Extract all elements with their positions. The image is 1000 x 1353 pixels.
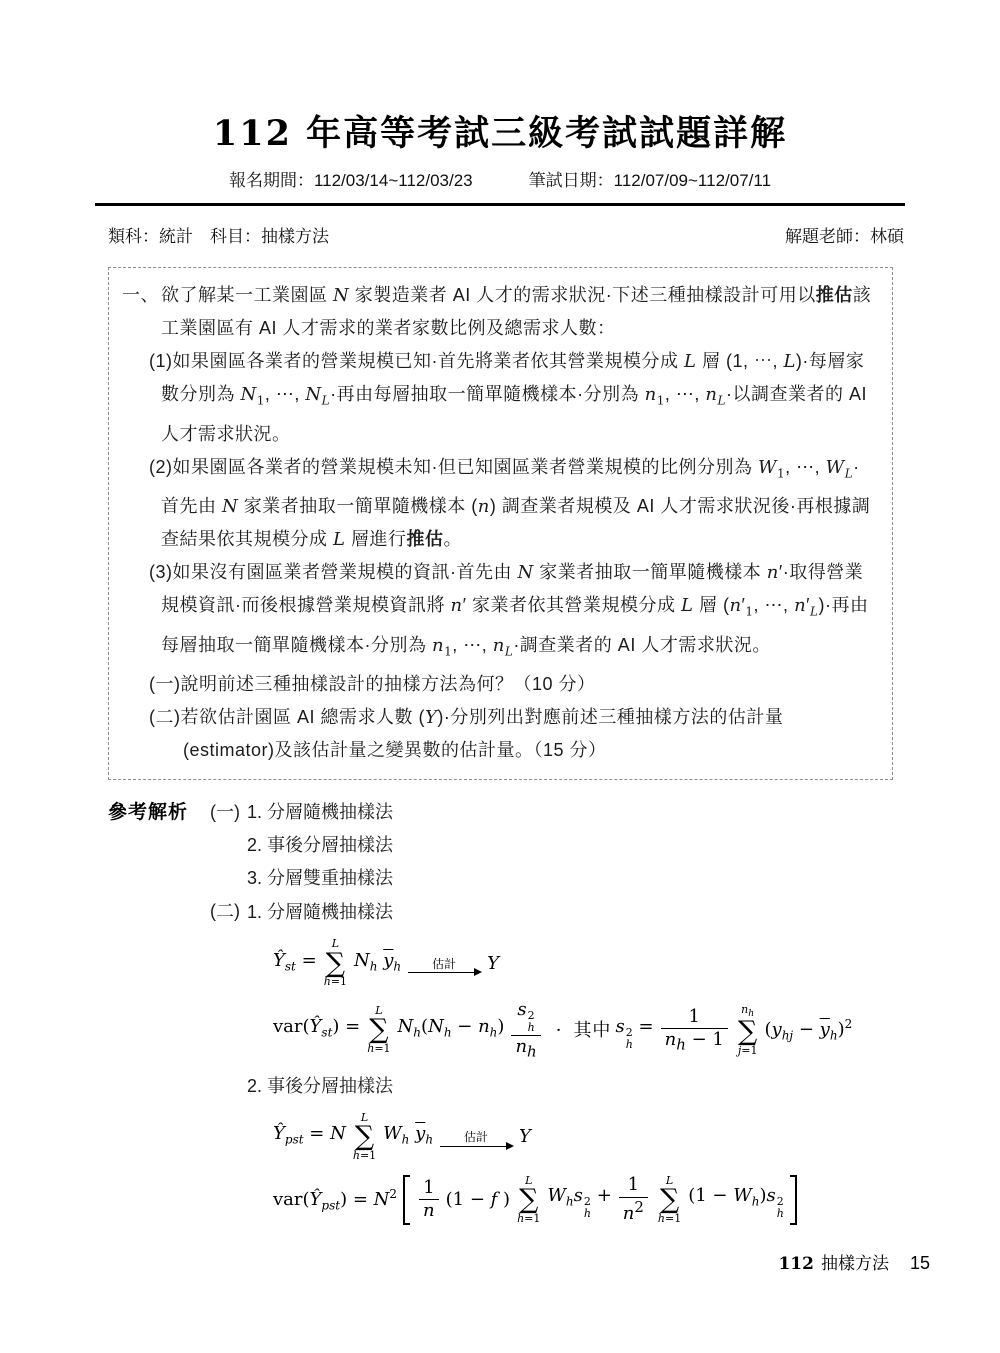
registration-period: 報名期間：112/03/14~112/03/23 [229,166,473,191]
page-title: 112 年高等考試三級考試試題詳解 [0,106,1000,156]
exam-dates: 報名期間：112/03/14~112/03/23 筆試日期：112/07/09~… [0,166,1000,191]
footer-page-number: 15 [910,1253,930,1274]
formula-y-pst-estimator: Ŷpst = NL∑h=1Wh yh估計Y [273,1110,930,1164]
page-footer: 112 抽樣方法 15 [778,1249,930,1274]
part-2-items: 1. 分層隨機抽樣法 Ŷst =L∑h=1Nh yh估計Y var(Ŷst) =… [247,895,930,1236]
question-intro: 欲了解某一工業園區 N 家製造業者 AI 人才的需求狀況·下述三種抽樣設計可用以… [161,279,876,345]
part-2-label: (二) [210,895,247,1236]
solution-label: 參考解析 [108,796,210,1236]
solution-section: 參考解析 (一) 1. 分層隨機抽樣法 2. 事後分層抽樣法 3. 分層雙重抽樣… [108,796,930,1236]
exam-solution-page: 112 年高等考試三級考試試題詳解 報名期間：112/03/14~112/03/… [0,0,1000,1353]
list-item: 3. 分層雙重抽樣法 [247,862,930,895]
footer-subject: 抽樣方法 [821,1249,889,1274]
method-2-heading: 2. 事後分層抽樣法 [247,1070,930,1103]
question-sub-1: (一)說明前述三種抽樣設計的抽樣方法為何？（10 分） [161,668,876,701]
formula-var-y-st: var(Ŷst) =L∑h=1Nh(Nh − nh)s2hnh·其中s2h =1… [273,999,930,1061]
method-1-heading: 1. 分層隨機抽樣法 [247,896,930,929]
page-header: 112 年高等考試三級考試試題詳解 報名期間：112/03/14~112/03/… [0,0,1000,191]
formula-var-y-pst: var(Ŷpst) = N21n(1 − f )L∑h=1Whs2h +1n2L… [273,1173,930,1227]
solution-part-2: (二) 1. 分層隨機抽樣法 Ŷst =L∑h=1Nh yh估計Y var(Ŷs… [210,895,930,1236]
category-subject: 類科：統計 科目：抽樣方法 [108,222,329,247]
question-row: 一、 欲了解某一工業園區 N 家製造業者 AI 人才的需求狀況·下述三種抽樣設計… [122,279,876,767]
teacher: 解題老師：林碩 [785,222,904,247]
formula-y-st-estimator: Ŷst =L∑h=1Nh yh估計Y [273,936,930,990]
question-box: 一、 欲了解某一工業園區 N 家製造業者 AI 人才的需求狀況·下述三種抽樣設計… [108,267,893,780]
question-item-1: (1)如果園區各業者的營業規模已知·首先將業者依其營業規模分成 L 層 (1, … [161,345,876,451]
solution-part-1: (一) 1. 分層隨機抽樣法 2. 事後分層抽樣法 3. 分層雙重抽樣法 [210,796,930,895]
meta-row: 類科：統計 科目：抽樣方法 解題老師：林碩 [108,222,904,247]
solution-body: (一) 1. 分層隨機抽樣法 2. 事後分層抽樣法 3. 分層雙重抽樣法 (二)… [210,796,930,1236]
header-rule [95,203,905,206]
part-1-label: (一) [210,796,247,895]
question-body: 欲了解某一工業園區 N 家製造業者 AI 人才的需求狀況·下述三種抽樣設計可用以… [161,279,876,767]
part-1-items: 1. 分層隨機抽樣法 2. 事後分層抽樣法 3. 分層雙重抽樣法 [247,796,930,895]
footer-book-code: 112 [778,1254,814,1274]
question-item-3: (3)如果沒有園區業者營業規模的資訊·首先由 N 家業者抽取一簡單隨機樣本 n′… [161,556,876,668]
list-item: 1. 分層隨機抽樣法 [247,796,930,829]
list-item: 2. 事後分層抽樣法 [247,829,930,862]
written-exam-date: 筆試日期：112/07/09~112/07/11 [529,166,771,191]
question-item-2: (2)如果園區各業者的營業規模未知·但已知園區業者營業規模的比例分別為 W1, … [161,451,876,557]
question-sub-2: (二)若欲估計園區 AI 總需求人數 (Y)·分別列出對應前述三種抽樣方法的估計… [161,701,876,767]
